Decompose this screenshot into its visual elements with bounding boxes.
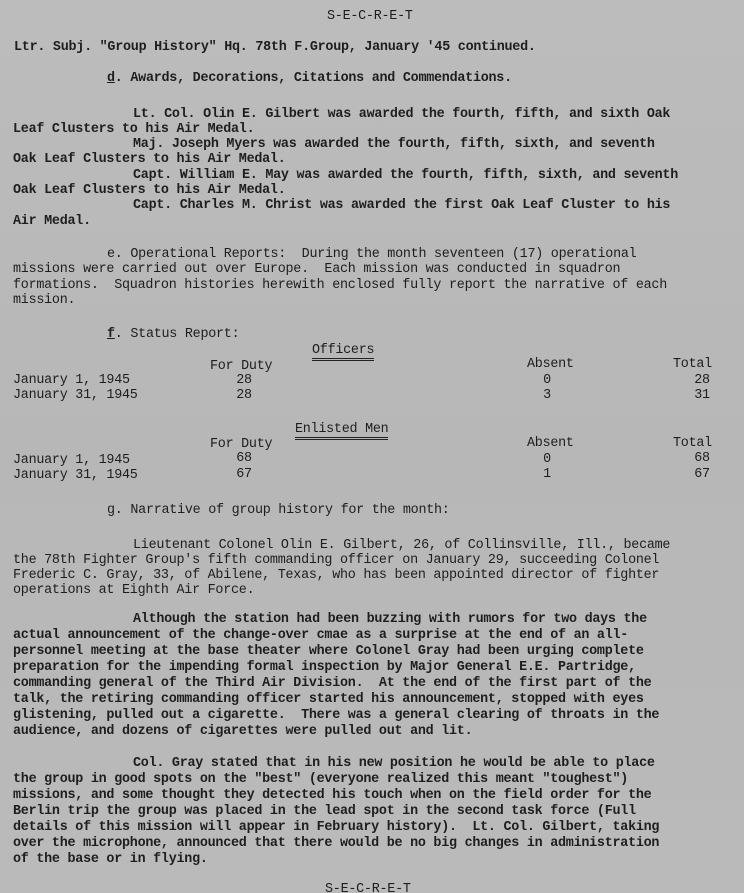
enlisted-row1-absent: 0: [527, 452, 567, 468]
enlisted-col-absent: Absent: [527, 436, 574, 452]
classification-bottom: S-E-C-R-E-T: [325, 882, 411, 893]
section-e-line3: formations. Squadron histories herewith …: [13, 278, 667, 294]
officers-row2-total: 31: [682, 388, 722, 404]
officers-row1-total: 28: [682, 373, 722, 389]
officers-row1-date: January 1, 1945: [13, 373, 130, 389]
section-g-heading: g. Narrative of group history for the mo…: [107, 503, 450, 519]
enlisted-men-heading: Enlisted Men: [295, 422, 388, 440]
officers-row2-absent: 3: [527, 388, 567, 404]
award-entry-2-line2: Oak Leaf Clusters to his Air Medal.: [13, 152, 286, 168]
section-f-letter: f: [107, 327, 115, 342]
letter-subject: Ltr. Subj. "Group History" Hq. 78th F.Gr…: [14, 40, 536, 56]
section-d-heading: d. Awards, Decorations, Citations and Co…: [107, 71, 512, 87]
enlisted-row1-for-duty: 68: [224, 451, 264, 467]
enlisted-row2-date: January 31, 1945: [13, 468, 138, 484]
section-g-letter: g: [107, 503, 115, 518]
award-entry-4-line2: Air Medal.: [13, 214, 91, 230]
officers-col-absent: Absent: [527, 357, 574, 373]
officers-row1-absent: 0: [527, 373, 567, 389]
document-page: S-E-C-R-E-T Ltr. Subj. "Group History" H…: [0, 0, 744, 893]
officers-row1-for-duty: 28: [224, 373, 264, 389]
enlisted-row2-for-duty: 67: [224, 467, 264, 483]
officers-col-total: Total: [673, 357, 712, 373]
officers-row2-for-duty: 28: [224, 388, 264, 404]
enlisted-col-total: Total: [673, 436, 712, 452]
section-f-title: . Status Report:: [115, 327, 240, 342]
section-e-line2: missions were carried out over Europe. E…: [13, 262, 620, 278]
section-g-title: . Narrative of group history for the mon…: [115, 503, 450, 518]
award-entry-3-line2: Oak Leaf Clusters to his Air Medal.: [13, 183, 286, 199]
award-entry-4-line1: Capt. Charles M. Christ was awarded the …: [133, 198, 670, 214]
section-f-heading: f. Status Report:: [107, 327, 239, 343]
officers-heading: Officers: [312, 343, 374, 361]
award-entry-1-line1: Lt. Col. Olin E. Gilbert was awarded the…: [133, 107, 670, 123]
award-entry-1-line2: Leaf Clusters to his Air Medal.: [13, 122, 254, 138]
section-d-letter: d: [107, 71, 115, 86]
award-entry-3-line1: Capt. William E. May was awarded the fou…: [133, 168, 678, 184]
section-e-line1: e. Operational Reports: During the month…: [107, 247, 636, 263]
section-e-line4: mission.: [13, 293, 75, 309]
enlisted-row2-total: 67: [682, 467, 722, 483]
enlisted-row2-absent: 1: [527, 467, 567, 483]
enlisted-row1-total: 68: [682, 451, 722, 467]
award-entry-2-line1: Maj. Joseph Myers was awarded the fourth…: [133, 137, 655, 153]
officers-row2-date: January 31, 1945: [13, 388, 138, 404]
enlisted-row1-date: January 1, 1945: [13, 453, 130, 469]
section-e-letter: e: [107, 247, 115, 262]
section-d-title: . Awards, Decorations, Citations and Com…: [115, 71, 512, 86]
classification-top: S-E-C-R-E-T: [327, 9, 413, 25]
